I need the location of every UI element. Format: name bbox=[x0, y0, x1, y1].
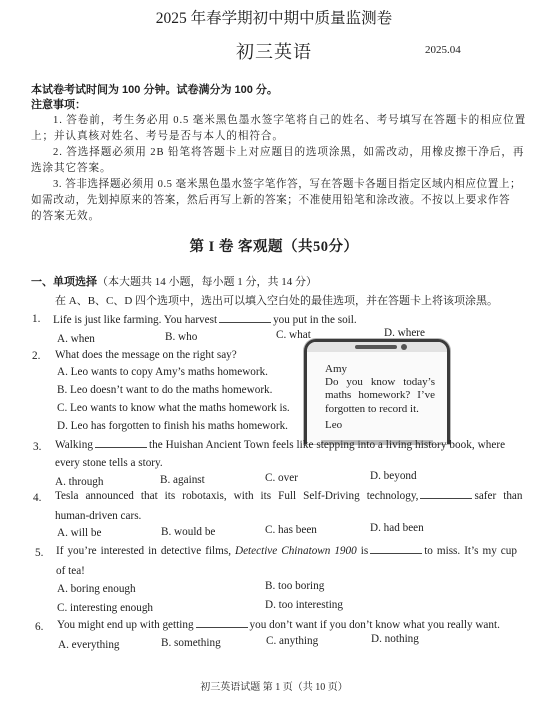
option: C. interesting enough bbox=[57, 602, 153, 614]
message-sender: Leo bbox=[325, 419, 435, 432]
notes-title: 注意事项： bbox=[31, 96, 86, 112]
question-stem: you don’t want if you don’t know what yo… bbox=[250, 619, 500, 631]
question-text: If you’re interested in detective films,… bbox=[56, 544, 517, 557]
question-stem: You might end up with getting bbox=[57, 619, 194, 631]
message-recipient: Amy bbox=[325, 363, 435, 376]
question-stem: Tesla announced that its robotaxis, with… bbox=[55, 490, 418, 502]
option: A. through bbox=[55, 476, 103, 488]
question-number: 2. bbox=[32, 350, 40, 362]
note-line: 的答案无效。 bbox=[31, 208, 100, 223]
phone-message-image: Amy Do you know today’s maths homework? … bbox=[304, 339, 450, 444]
question-stem: safer than bbox=[474, 490, 522, 502]
exam-date: 2025.04 bbox=[425, 44, 461, 56]
option: D. too interesting bbox=[265, 599, 343, 611]
question-stem: you put in the soil. bbox=[273, 314, 357, 326]
part-heading: 一、单项选择（本大题共 14 小题，每小题 1 分，共 14 分） bbox=[31, 273, 317, 289]
answer-blank bbox=[370, 544, 422, 554]
question-stem: Walking bbox=[55, 439, 93, 451]
question-number: 1. bbox=[32, 313, 40, 325]
part-detail: （本大题共 14 小题，每小题 1 分，共 14 分） bbox=[97, 276, 317, 288]
phone-camera-icon bbox=[401, 344, 407, 350]
question-text: Walkingthe Huishan Ancient Town feels li… bbox=[55, 438, 505, 451]
answer-blank bbox=[420, 489, 472, 499]
option: D. beyond bbox=[370, 470, 417, 482]
exam-subject: 初三英语 bbox=[0, 38, 548, 64]
option: D. Leo has forgotten to finish his maths… bbox=[57, 420, 288, 432]
question-number: 4. bbox=[33, 492, 41, 504]
question-stem: Life is just like farming. You harvest bbox=[53, 314, 217, 326]
option: B. would be bbox=[161, 526, 215, 538]
note-line: 选涂其它答案。 bbox=[31, 160, 111, 175]
question-text: human-driven cars. bbox=[55, 510, 141, 522]
page-footer: 初三英语试题 第 1 页（共 10 页） bbox=[0, 678, 548, 693]
answer-blank bbox=[95, 438, 147, 448]
option: A. everything bbox=[58, 639, 120, 651]
option: C. what bbox=[276, 329, 311, 341]
option: D. where bbox=[384, 327, 425, 339]
film-title: Detective Chinatown 1900 bbox=[235, 545, 357, 557]
option: C. Leo wants to know what the maths home… bbox=[57, 402, 290, 414]
note-line: 2. 答选择题必须用 2B 铅笔将答题卡上对应题目的选项涂黑，如需改动，用橡皮擦… bbox=[53, 144, 524, 159]
message-line: Do you know today’s bbox=[325, 376, 435, 389]
question-text: every stone tells a story. bbox=[55, 457, 163, 469]
phone-top-bar bbox=[307, 342, 447, 352]
question-text: of tea! bbox=[56, 565, 85, 577]
exam-title: 2025 年春学期初中期中质量监测卷 bbox=[0, 6, 548, 28]
option: D. nothing bbox=[371, 633, 419, 645]
question-stem: is bbox=[361, 545, 368, 557]
question-stem: the Huishan Ancient Town feels like step… bbox=[149, 439, 505, 451]
question-number: 5. bbox=[35, 547, 43, 559]
answer-blank bbox=[219, 313, 271, 323]
phone-speaker-icon bbox=[355, 345, 397, 349]
part-title: 一、单项选择 bbox=[31, 276, 97, 288]
question-number: 3. bbox=[33, 441, 41, 453]
question-text: What does the message on the right say? bbox=[55, 349, 237, 361]
question-number: 6. bbox=[35, 621, 43, 633]
option: C. over bbox=[265, 472, 298, 484]
question-text: Tesla announced that its robotaxis, with… bbox=[55, 489, 522, 502]
option: B. too boring bbox=[265, 580, 324, 592]
option: A. will be bbox=[57, 527, 101, 539]
option: C. anything bbox=[266, 635, 318, 647]
message-line: forgotten to record it. bbox=[325, 403, 435, 416]
option: A. boring enough bbox=[57, 583, 136, 595]
section-title: 第 I 卷 客观题（共50分） bbox=[0, 235, 548, 256]
question-stem: to miss. It’s my cup bbox=[424, 545, 517, 557]
question-text: You might end up with gettingyou don’t w… bbox=[57, 618, 500, 631]
option: B. Leo doesn’t want to do the maths home… bbox=[57, 384, 272, 396]
note-line: 3. 答非选择题必须用 0.5 毫米黑色墨水签字笔作答，写在答题卡各题目指定区域… bbox=[53, 176, 521, 191]
answer-blank bbox=[196, 618, 248, 628]
option: A. Leo wants to copy Amy’s maths homewor… bbox=[57, 366, 268, 378]
option: A. when bbox=[57, 333, 95, 345]
option: B. something bbox=[161, 637, 221, 649]
question-stem: If you’re interested in detective films, bbox=[56, 545, 231, 557]
option: D. had been bbox=[370, 522, 424, 534]
message-body: Amy Do you know today’s maths homework? … bbox=[325, 363, 435, 432]
note-line: 上；并认真核对姓名、考号是否与本人的相符合。 bbox=[31, 128, 284, 143]
option: C. has been bbox=[265, 524, 317, 536]
part-instruction: 在 A、B、C、D 四个选项中，选出可以填入空白处的最佳选项，并在答题卡上将该项… bbox=[55, 292, 498, 308]
option: B. against bbox=[160, 474, 205, 486]
note-line: 如需改动，先划掉原来的答案，然后再写上新的答案；不准使用铅笔和涂改液。不按以上要… bbox=[31, 192, 510, 207]
exam-duration-line: 本试卷考试时间为 100 分钟。试卷满分为 100 分。 bbox=[31, 81, 278, 97]
question-text: Life is just like farming. You harvestyo… bbox=[53, 313, 357, 326]
option: B. who bbox=[165, 331, 197, 343]
message-line: maths homework? I’ve bbox=[325, 389, 435, 402]
note-line: 1. 答卷前，考生务必用 0.5 毫米黑色墨水签字笔将自己的姓名、考号填写在答题… bbox=[53, 112, 526, 127]
